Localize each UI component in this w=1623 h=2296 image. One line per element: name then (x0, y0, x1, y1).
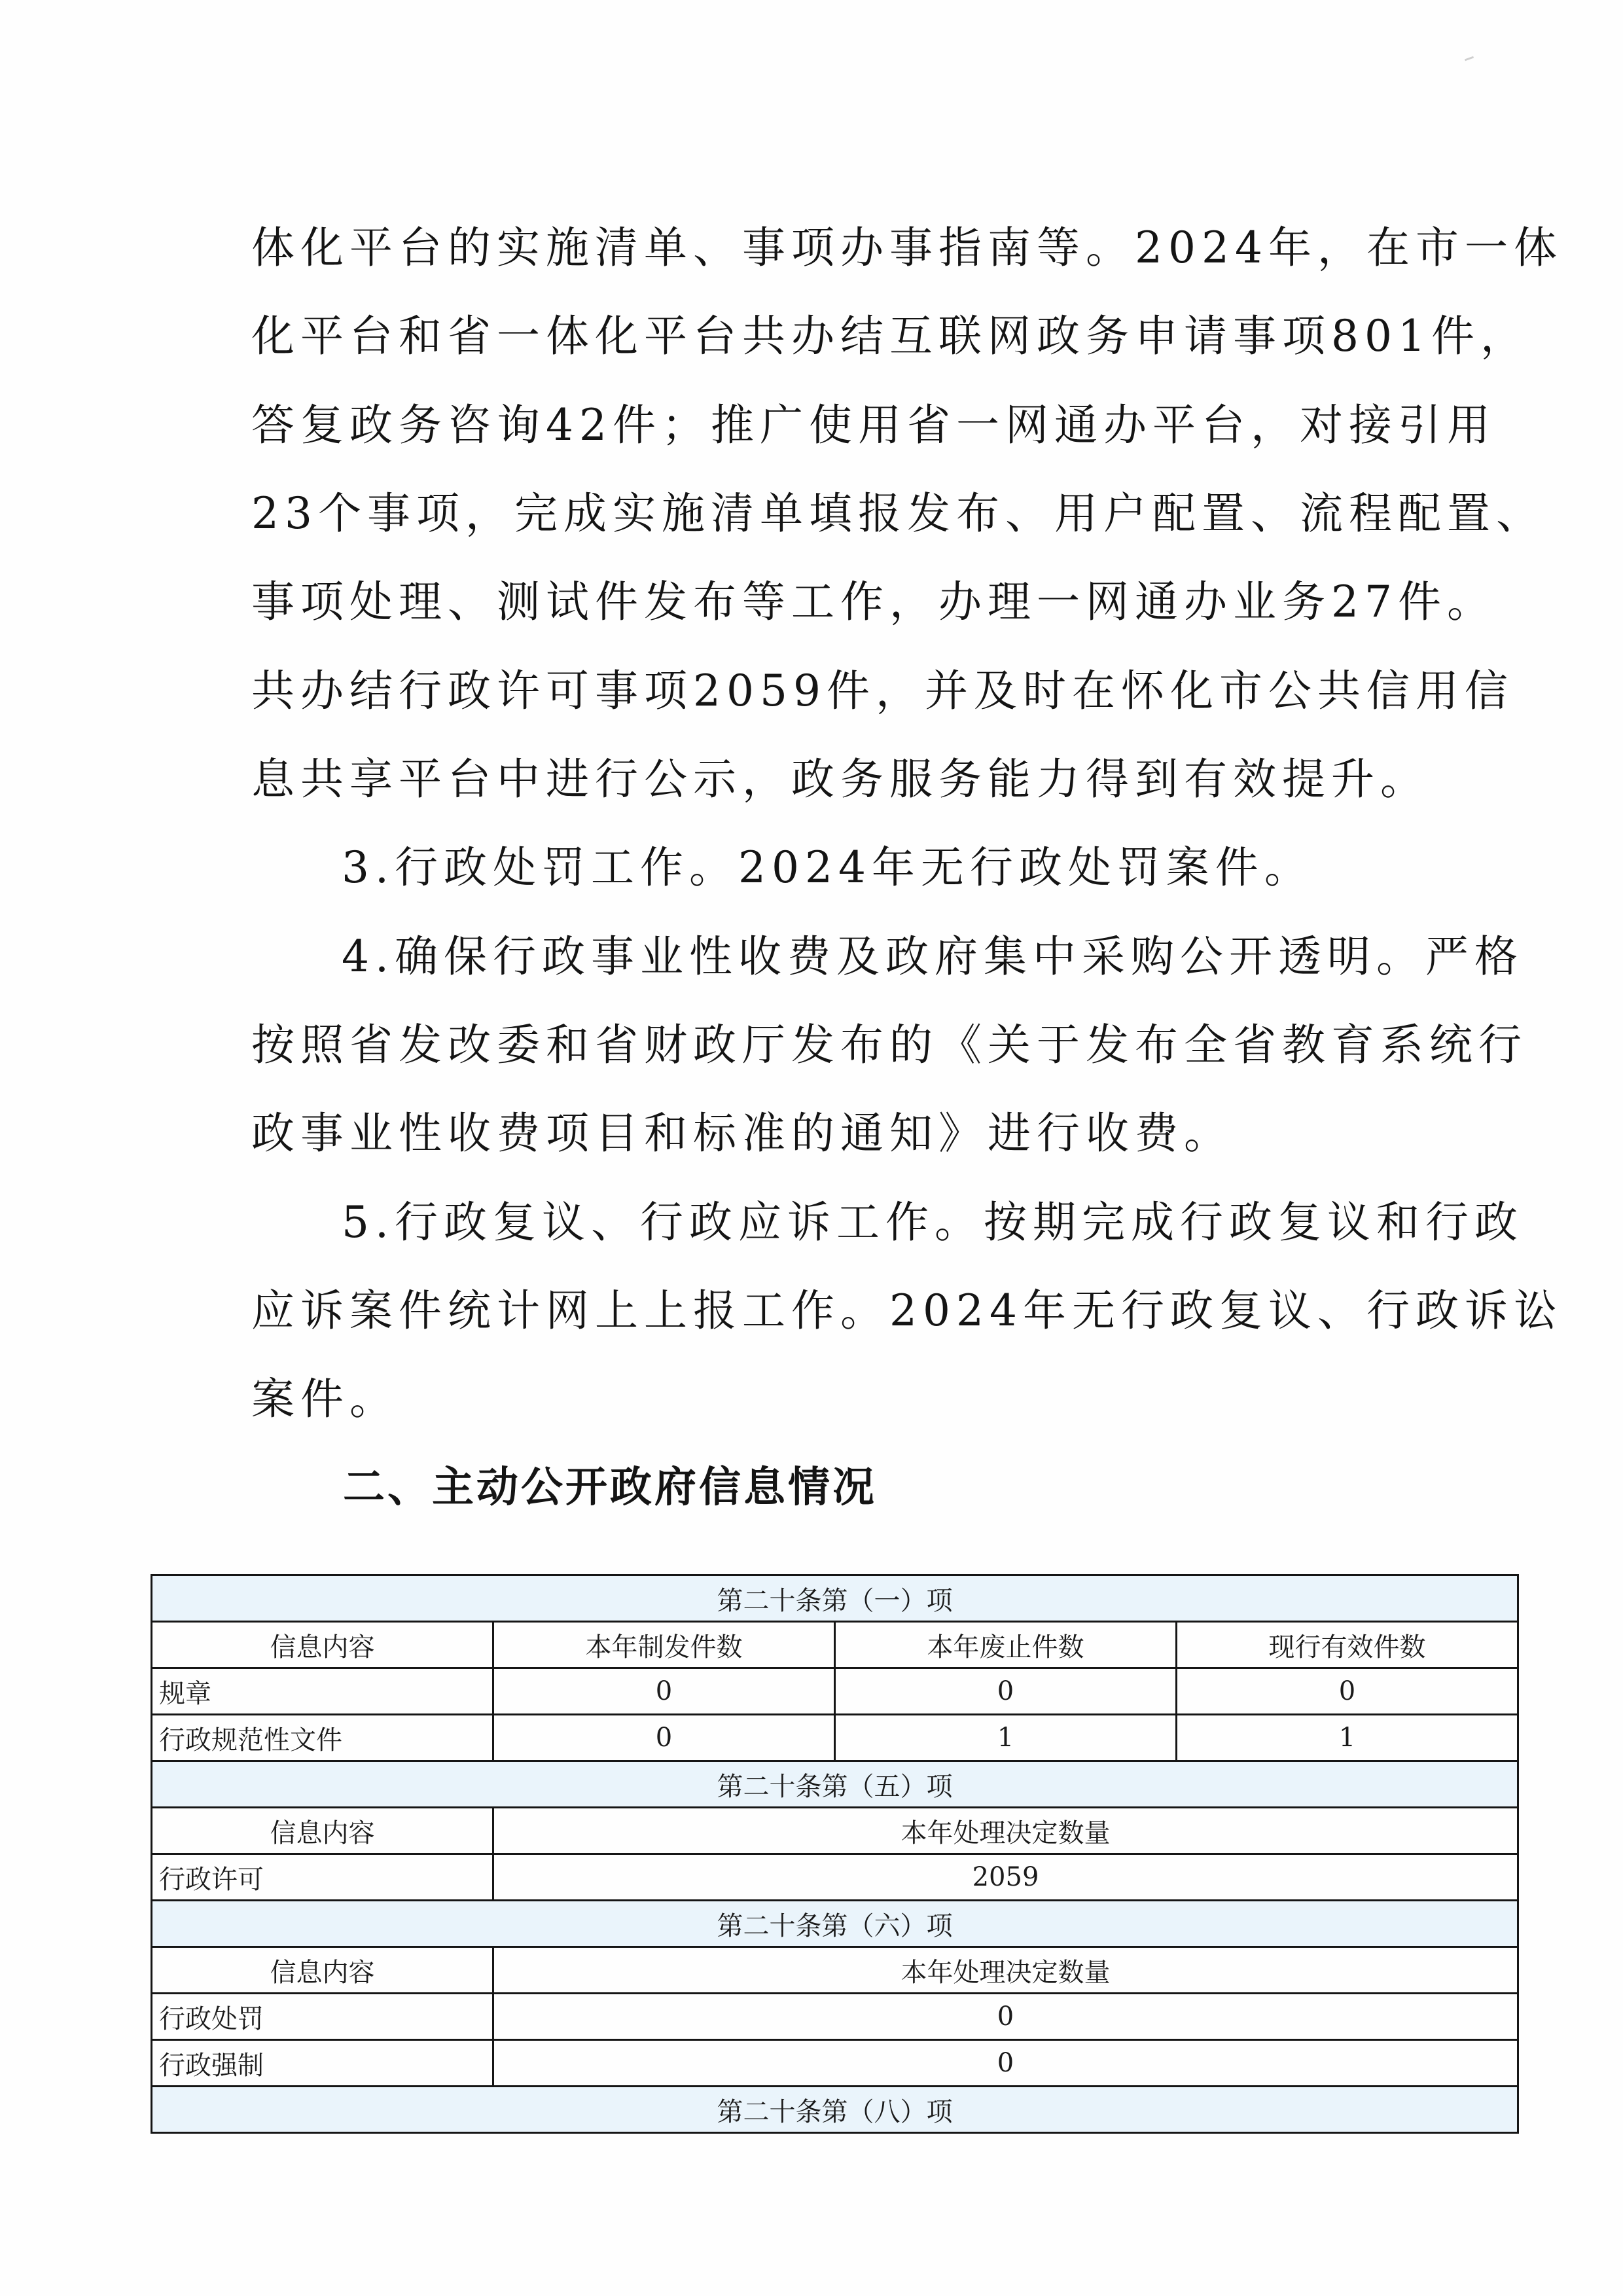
column-header-info-content: 信息内容 (152, 1808, 493, 1854)
column-header-decisions: 本年处理决定数量 (493, 1947, 1518, 1994)
body-line: 息共享平台中进行公示，政务服务能力得到有效提升。 (251, 753, 1416, 806)
column-header-decisions: 本年处理决定数量 (493, 1808, 1518, 1854)
cell-abolished: 1 (835, 1715, 1177, 1761)
body-line: 按照省发改委和省财政厅发布的《关于发布全省教育系统行 (251, 1019, 1416, 1071)
paragraph-3-administrative-penalty: 3.行政处罚工作。2024年无行政处罚案件。 (342, 842, 1416, 894)
body-line: 化平台和省一体化平台共办结互联网政务申请事项801件， (251, 310, 1416, 363)
body-line: 答复政务咨询42件；推广使用省一网通办平台，对接引用 (251, 399, 1416, 452)
cell-issued: 0 (493, 1668, 835, 1715)
row-label: 行政强制 (152, 2040, 493, 2087)
section-title: 第二十条第（一）项 (152, 1575, 1518, 1622)
body-line: 应诉案件统计网上上报工作。2024年无行政复议、行政诉讼 (251, 1285, 1416, 1337)
disclosure-table: 第二十条第（一）项 信息内容 本年制发件数 本年废止件数 现行有效件数 规章 0… (151, 1574, 1519, 2134)
body-line: 23个事项，完成实施清单填报发布、用户配置、流程配置、 (251, 488, 1416, 540)
section-row-article-20-8: 第二十条第（八）项 (152, 2087, 1518, 2133)
table-row: 行政强制 0 (152, 2040, 1518, 2087)
cell-value: 0 (493, 1994, 1518, 2040)
row-label: 行政规范性文件 (152, 1715, 493, 1761)
header-row: 信息内容 本年处理决定数量 (152, 1808, 1518, 1854)
document-page: 体化平台的实施清单、事项办事指南等。2024年，在市一体 化平台和省一体化平台共… (0, 0, 1623, 2296)
table-row: 行政处罚 0 (152, 1994, 1518, 2040)
body-line: 案件。 (251, 1373, 1416, 1426)
table-row: 行政规范性文件 0 1 1 (152, 1715, 1518, 1761)
row-label: 行政许可 (152, 1854, 493, 1901)
body-line: 政事业性收费项目和标准的通知》进行收费。 (251, 1107, 1416, 1160)
header-row: 信息内容 本年处理决定数量 (152, 1947, 1518, 1994)
row-label: 行政处罚 (152, 1994, 493, 2040)
section-row-article-20-6: 第二十条第（六）项 (152, 1901, 1518, 1947)
cell-value: 0 (493, 2040, 1518, 2087)
table-row: 行政许可 2059 (152, 1854, 1518, 1901)
column-header-info-content: 信息内容 (152, 1947, 493, 1994)
column-header-abolished: 本年废止件数 (835, 1622, 1177, 1668)
row-label: 规章 (152, 1668, 493, 1715)
cell-value: 2059 (493, 1854, 1518, 1901)
cell-in-force: 0 (1177, 1668, 1518, 1715)
body-line: 事项处理、测试件发布等工作，办理一网通办业务27件。 (251, 576, 1416, 628)
paragraph-4-fees-procurement: 4.确保行政事业性收费及政府集中采购公开透明。严格 (342, 931, 1416, 983)
cell-in-force: 1 (1177, 1715, 1518, 1761)
section-title: 第二十条第（五）项 (152, 1761, 1518, 1808)
column-header-issued: 本年制发件数 (493, 1622, 835, 1668)
paragraph-5-review-litigation: 5.行政复议、行政应诉工作。按期完成行政复议和行政 (342, 1196, 1416, 1249)
section-row-article-20-5: 第二十条第（五）项 (152, 1761, 1518, 1808)
body-line: 共办结行政许可事项2059件，并及时在怀化市公共信用信 (251, 665, 1416, 717)
section-heading: 二、主动公开政府信息情况 (343, 1462, 877, 1514)
table-row: 规章 0 0 0 (152, 1668, 1518, 1715)
body-line: 体化平台的实施清单、事项办事指南等。2024年，在市一体 (251, 222, 1416, 274)
section-title: 第二十条第（八）项 (152, 2087, 1518, 2133)
section-row-article-20-1: 第二十条第（一）项 (152, 1575, 1518, 1622)
scan-artifact (1465, 56, 1474, 62)
section-title: 第二十条第（六）项 (152, 1901, 1518, 1947)
cell-issued: 0 (493, 1715, 835, 1761)
cell-abolished: 0 (835, 1668, 1177, 1715)
column-header-info-content: 信息内容 (152, 1622, 493, 1668)
header-row: 信息内容 本年制发件数 本年废止件数 现行有效件数 (152, 1622, 1518, 1668)
column-header-in-force: 现行有效件数 (1177, 1622, 1518, 1668)
